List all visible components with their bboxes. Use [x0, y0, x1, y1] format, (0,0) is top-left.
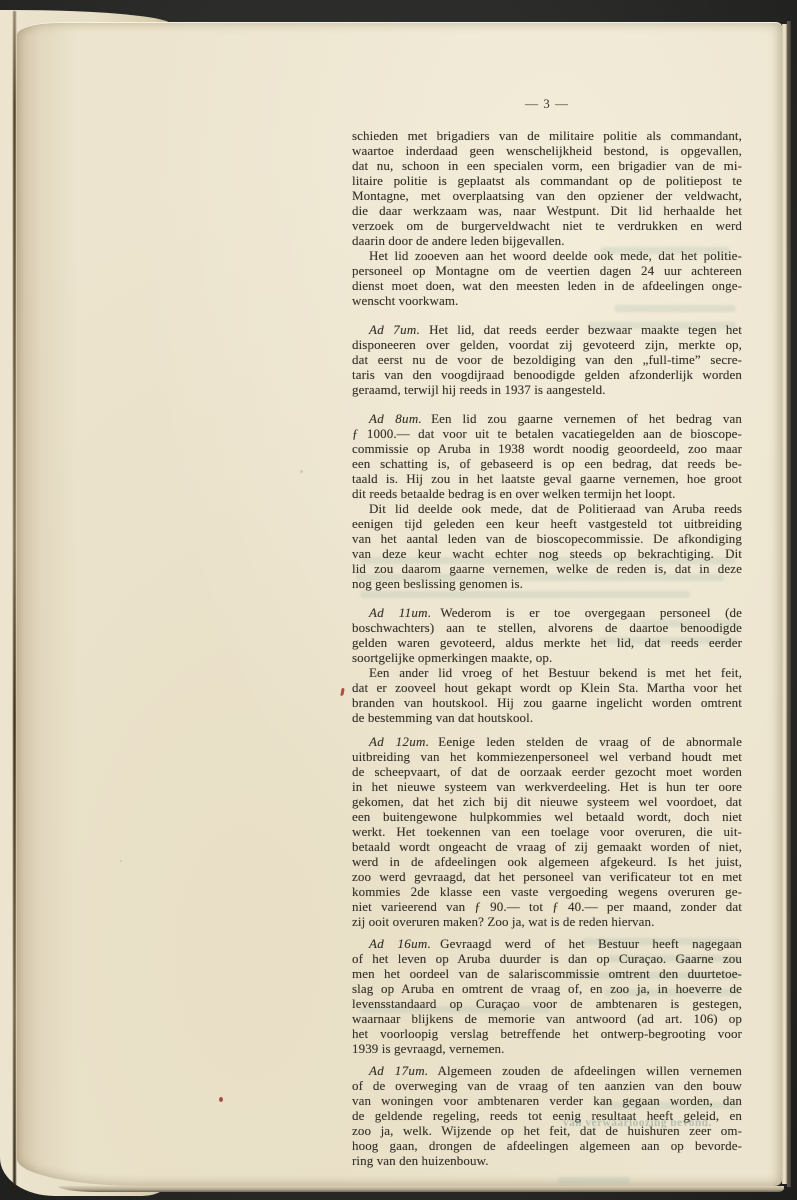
page-stack-shadow-right	[787, 21, 791, 1187]
text-line: gekomen, dat het zich bij dit nieuwe sys…	[352, 794, 742, 809]
text-line: eenigen tijd geleden een keur heeft vast…	[352, 516, 742, 531]
text-line: dat nu, schoon in een specialen vorm, ee…	[352, 158, 742, 173]
text-line: nog geen beslissing genomen is.	[352, 576, 742, 591]
paragraph-lead: Ad 8um.	[369, 411, 422, 426]
text-line: Ad 16um.Gevraagd werd of het Bestuur hee…	[352, 936, 742, 951]
paragraph-lead: Ad 11um.	[369, 605, 431, 620]
page-number: — 3 —	[352, 96, 742, 111]
text-line: werd in de afdeelingen ook algemeen afge…	[352, 854, 742, 869]
text-line: uitbreiding van het kommiezenpersoneel w…	[352, 749, 742, 764]
text-line: een buitengewone hulpkommies wel betaald…	[352, 809, 742, 824]
text-line: kommies 2de klasse een vaste vergoeding …	[352, 884, 742, 899]
text-line: personeel op Montagne om de veertien dag…	[352, 263, 742, 278]
text-line: betaald wordt ongeacht de vraag of zij g…	[352, 839, 742, 854]
text-line: schieden met brigadiers van de militaire…	[352, 128, 742, 143]
text-line: Montagne, met overplaatsing van den opzi…	[352, 188, 742, 203]
text-line: of het leven op Aruba duurder is dan op …	[352, 951, 742, 966]
text-line: Ad 7um.Het lid, dat reeds eerder bezwaar…	[352, 322, 742, 337]
text-line: geraamd, terwijl hij reeds in 1937 is aa…	[352, 382, 742, 397]
text-line: zoo ja, welk. Wijzende op het feit, dat …	[352, 1123, 742, 1138]
text-line: Ad 12um.Eenige leden stelden de vraag of…	[352, 734, 742, 749]
text-line: ƒ 1000.— dat voor uit te betalen vacatie…	[352, 426, 742, 441]
text-line: of de overweging van de vraag of ten aan…	[352, 1078, 742, 1093]
text-line: de geldende regeling, reeds tot eenig re…	[352, 1108, 742, 1123]
text-line: waartoe inderdaad geen wenschelijkheid b…	[352, 143, 742, 158]
text-line: levensstandaard op Curaçao voor de ambte…	[352, 996, 742, 1011]
paper-speck	[120, 860, 122, 862]
text-line: zoo werd gevraagd, dat het personeel van…	[352, 869, 742, 884]
text-line: dit reeds betaalde bedrag is en over wel…	[352, 486, 742, 501]
text-line: dienst moet doen, wat den meesten leden …	[352, 278, 742, 293]
text-line: men het oordeel van de salariscommissie …	[352, 966, 742, 981]
text-line: boschwachters) aan te stellen, alvorens …	[352, 620, 742, 635]
paragraph-lead: Ad 17um.	[369, 1063, 428, 1078]
text-line: Ad 8um.Een lid zou gaarne vernemen of he…	[352, 411, 742, 426]
text-line: 1939 is gevraagd, vernemen.	[352, 1041, 742, 1056]
text-line: taald is. Hij zou in het laatste geval g…	[352, 471, 742, 486]
text-line: waarnaar blijkens de memorie van antwoor…	[352, 1011, 742, 1026]
text-line: Een ander lid vroeg of het Bestuur beken…	[352, 665, 742, 680]
text-line: Dit lid deelde ook mede, dat de Politier…	[352, 501, 742, 516]
text-line: de scheepvaart, of dat de oorzaak eerder…	[352, 764, 742, 779]
text-line: daarin door de andere leden bijgevallen.	[352, 233, 742, 248]
page-stack-edge-bottom	[58, 1186, 784, 1192]
text-line: Het lid zooeven aan het woord deelde ook…	[352, 248, 742, 263]
text-line: Ad 17um.Algemeen zouden de afdeelingen w…	[352, 1063, 742, 1078]
photo-backdrop: van verwaarloozing bevond. — 3 — schiede…	[0, 0, 797, 1200]
text-line: van deze keur wacht echter nog steeds op…	[352, 546, 742, 561]
text-line: slag op Aruba en omtrent de vraag of, en…	[352, 981, 742, 996]
text-line: taris van den voogdijraad benoodigde gel…	[352, 367, 742, 382]
book-gutter-fold	[13, 11, 16, 1193]
text-line: branden van houtskool. Hij zou gaarne in…	[352, 695, 742, 710]
text-line: Ad 11um.Wederom is er toe overgegaan per…	[352, 605, 742, 620]
paragraph-lead: Ad 12um.	[369, 734, 429, 749]
text-line: in het nieuwe systeem van werkverdeeling…	[352, 779, 742, 794]
paper-speck	[300, 470, 303, 473]
text-line: disponeeren over gelden, voordat zij gev…	[352, 337, 742, 352]
text-line: die daar werkzaam was, naar Westpunt. Di…	[352, 203, 742, 218]
text-line: werkt. Het toekennen van een toelage voo…	[352, 824, 742, 839]
text-line: hoog gaan, drongen de afdeelingen algeme…	[352, 1138, 742, 1153]
text-line: dat eerst nu de voor de bezoldiging van …	[352, 352, 742, 367]
text-line: wenscht voorkwam.	[352, 293, 742, 308]
text-line: een schatting is, of gebaseerd is op een…	[352, 456, 742, 471]
text-body: schieden met brigadiers van de militaire…	[352, 128, 742, 1168]
red-ink-dot	[219, 1097, 223, 1102]
text-line: commissie op Aruba in 1938 wordt noodig …	[352, 441, 742, 456]
text-line: gelden waren gevoteerd, aldus merkte het…	[352, 635, 742, 650]
text-column: — 3 — schieden met brigadiers van de mil…	[352, 96, 742, 1168]
text-line: het voorloopig verslag betreffende het o…	[352, 1026, 742, 1041]
text-line: zij ooit overuren maken? Zoo ja, wat is …	[352, 914, 742, 929]
text-line: niet varieerend van ƒ 90.— tot ƒ 40.— pe…	[352, 899, 742, 914]
text-line: verzoek om de burgerveldwacht niet te ve…	[352, 218, 742, 233]
text-line: dat er zooveel hout gekapt wordt op Klei…	[352, 680, 742, 695]
paragraph-lead: Ad 7um.	[369, 322, 420, 337]
text-line: litaire politie is geplaatst als command…	[352, 173, 742, 188]
text-line: van het aantal leden van de bioscopecomm…	[352, 531, 742, 546]
text-line: lid zou daarom gaarne vernemen, welke de…	[352, 561, 742, 576]
paragraph-lead: Ad 16um.	[369, 936, 431, 951]
text-line: de bestemming van dat houtskool.	[352, 710, 742, 725]
text-line: van woningen voor ambtenaren verder kan …	[352, 1093, 742, 1108]
text-line: ring van den huizenbouw.	[352, 1153, 742, 1168]
text-line: soortgelijke opmerkingen maakte, op.	[352, 650, 742, 665]
bleedthrough-smudge	[558, 1177, 630, 1184]
